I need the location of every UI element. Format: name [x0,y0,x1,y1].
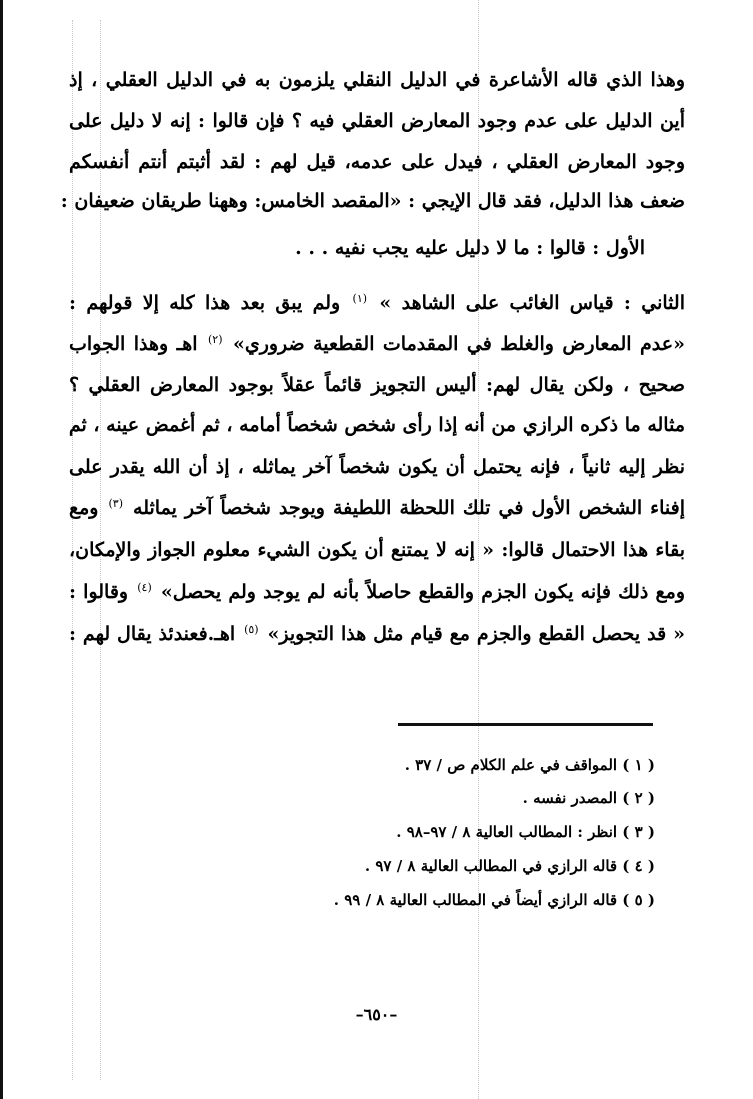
footnote-item: ( ٥ ) قاله الرازي أيضاً في المطالب العال… [334,888,655,912]
body-line: الثاني : قياس الغائب على الشاهد » (١) ول… [69,287,685,319]
body-text: ومع ذلك فإنه يكون الجزم والقطع حاصلاً بأ… [161,581,685,603]
body-line: ضعف هذا الدليل، فقد قال الإيجي : «المقصد… [69,185,685,217]
footnote-ref[interactable]: (٢) [208,333,223,346]
body-line: وهذا الذي قاله الأشاعرة في الدليل النقلي… [69,64,685,96]
body-text: وقالوا : [69,581,128,603]
body-line: ومع ذلك فإنه يكون الجزم والقطع حاصلاً بأ… [69,576,685,608]
body-text: اهـ.فعندئذ يقال لهم : [69,623,235,645]
body-line: بقاء هذا الاحتمال قالوا: « إنه لا يمتنع … [69,534,685,566]
footnote-ref[interactable]: (٣) [109,497,124,510]
body-line: مثاله ما ذكره الرازي من أنه إذا رأى شخص … [69,409,685,441]
footnote-ref[interactable]: (٤) [137,581,152,594]
footnote-ref[interactable]: (٥) [244,623,259,636]
footnote-item: ( ٣ ) انظر : المطالب العالية ٨ / ٩٧–٩٨ . [396,820,655,844]
page-number: –٦٥٠– [0,1005,753,1024]
body-text: ومع [69,497,98,519]
body-text: «عدم المعارض والغلط في المقدمات القطعية … [233,333,685,355]
body-line: صحيح ، ولكن يقال لهم: أليس التجويز قائما… [69,369,685,401]
footnote-ref[interactable]: (١) [353,292,368,305]
body-line: إفناء الشخص الأول في تلك اللحظة اللطيفة … [69,492,685,524]
scan-edge-shadow [0,0,3,1099]
body-line-first-point: الأول : قالوا : ما لا دليل عليه يجب نفيه… [245,232,645,264]
book-page: وهذا الذي قاله الأشاعرة في الدليل النقلي… [0,0,753,1099]
body-text: « قد يحصل القطع والجزم مع قيام مثل هذا ا… [268,623,685,645]
footnote-item: ( ٢ ) المصدر نفسه . [523,786,655,810]
body-line: أين الدليل على عدم وجود المعارض العقلي ف… [69,105,685,137]
body-line: « قد يحصل القطع والجزم مع قيام مثل هذا ا… [69,618,685,650]
footnote-item: ( ٤ ) قاله الرازي في المطالب العالية ٨ /… [365,854,655,878]
footnote-separator [398,723,653,726]
body-text: ولم يبق بعد هذا كله إلا قولهم : [69,292,340,314]
body-line: نظر إليه ثانياً ، فإنه يحتمل أن يكون شخص… [69,451,685,483]
body-text: إفناء الشخص الأول في تلك اللحظة اللطيفة … [133,497,685,519]
body-line: «عدم المعارض والغلط في المقدمات القطعية … [69,328,685,360]
body-text: اهـ وهذا الجواب [69,333,198,355]
body-line: وجود المعارض العقلي ، فيدل على عدمه، قيل… [69,146,685,178]
footnote-item: ( ١ ) المواقف في علم الكلام ص / ٣٧ . [405,753,655,777]
body-text: الثاني : قياس الغائب على الشاهد » [379,292,685,314]
